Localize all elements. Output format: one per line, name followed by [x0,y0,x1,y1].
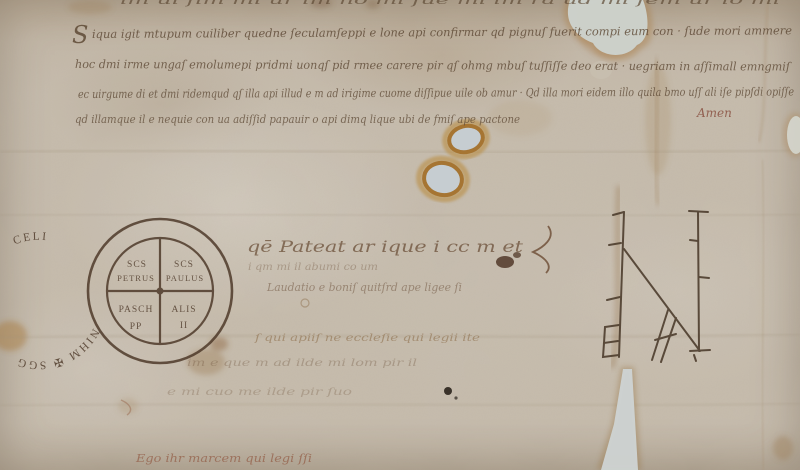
script-line: hoc dmi irme ungaſ emolumepi pridmi uonq… [75,57,792,74]
rota-center-dot [157,288,164,295]
ink-blot [496,256,514,268]
quadrant-label-sanctus-paulus: PAULUS [166,273,204,283]
script-line: qd illamque il e nequie con ua adiſſid p… [75,112,520,126]
ink-blot [513,252,521,258]
quadrant-label-sanctus-petrus: SCS [127,260,147,270]
script-line-partial: im ui ſim mi ur im no mi ſue mi im ra ud… [120,0,780,7]
faint-line: Laudatio e boniſ quitſrd ape ligee ſi [266,281,462,294]
quadrant-label-sanctus-petrus: PETRUS [117,273,155,283]
ink-dot [444,387,452,395]
pateat-line: qē Pateat ar ique i cc m et [247,237,524,256]
monogram-tick [699,277,709,278]
parchment-document: im ui ſim mi ur im no mi ſue mi im ra ud… [0,0,800,470]
faint-line: i qm mi il abumi co um [248,262,378,273]
quadrant-label-numeral: II [180,321,188,331]
quadrant-label-alis: ALIS [171,305,196,315]
monogram-top-serif [689,211,708,212]
faint-line: e mi cuo me ilde pir ſuo [167,387,352,398]
monogram-foot [690,350,710,351]
ink-dot [454,396,457,399]
quadrant-label-sanctus-paulus: SCS [174,260,194,270]
stain [68,0,112,14]
amen-word: Amen [696,106,732,120]
manuscript-photo: im ui ſim mi ur im no mi ſue mi im ra ud… [0,0,800,470]
faint-line: im e que m ad ilde mi lom pir il [187,358,417,369]
stain [773,436,793,460]
subscription-line: Ego ihr marcem qui legi ſſi [135,452,312,465]
quadrant-label-papa: PP [130,322,143,332]
script-line: ec uirgume di et dmi ridemqud qſ illa ap… [78,85,794,101]
quadrant-label-paschalis: PASCH [119,305,154,315]
monogram-right-stem [698,212,699,351]
rota-seal [88,219,232,363]
initial-letter: S [72,21,88,49]
monogram-tick [690,240,698,241]
faint-line: ſ qui apiiſ ne eccleſie qui legii ite [254,332,480,344]
